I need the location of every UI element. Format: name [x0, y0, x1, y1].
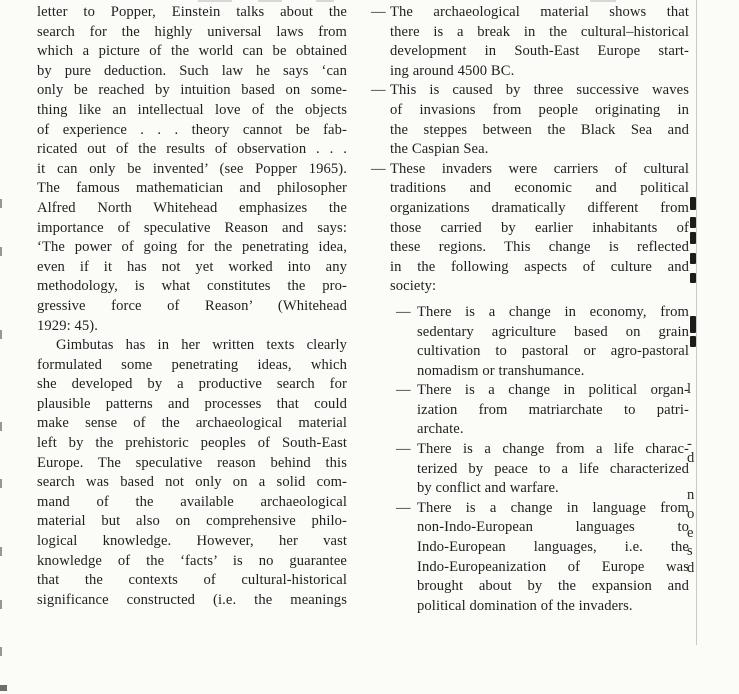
edge-tick-mark	[0, 647, 2, 656]
text-line: search for the highly universal laws fro…	[37, 23, 347, 43]
list-item: —There is a change in economy, fromseden…	[396, 303, 689, 381]
edge-ink-blob	[690, 336, 696, 347]
text-line: these regions. This change is reflected	[390, 238, 689, 258]
text-line: development in South-East Europe start-	[390, 42, 689, 62]
text-line: of experience . . . theory cannot be fab…	[37, 121, 347, 141]
text-line: search was based not only on a solid com…	[37, 473, 347, 493]
text-line: Gimbutas has in her written texts clearl…	[37, 336, 347, 356]
list-item: —There is a change from a life charac-te…	[396, 440, 689, 499]
text-line: it can only be invented’ (see Popper 196…	[37, 160, 347, 180]
left-column: letter to Popper, Einstein talks about t…	[37, 3, 347, 610]
right-column: —The archaeological material shows thatt…	[371, 3, 689, 616]
paragraph: letter to Popper, Einstein talks about t…	[37, 3, 347, 336]
text-line: political domination of the invaders.	[417, 597, 689, 617]
edge-letter-fragment: e	[687, 525, 697, 541]
edge-letter-fragment: n	[687, 487, 697, 503]
text-line: Indo-Europeanization of Europe was	[417, 558, 689, 578]
text-line: cultivation to pastoral or agro-pastoral	[417, 342, 689, 362]
text-line: the steppes between the Black Sea and	[390, 121, 689, 141]
edge-tick-mark	[0, 422, 2, 431]
text-line: Europe. The speculative reason behind th…	[37, 454, 347, 474]
list-dash-marker: —	[396, 499, 411, 519]
text-line: plausible patterns and processes that co…	[37, 395, 347, 415]
text-line: There is a change from a life charac-	[417, 440, 689, 460]
text-line: traditions and economic and political	[390, 179, 689, 199]
cropped-text-smudge	[198, 0, 232, 2]
text-line: ‘The power of going for the penetrating …	[37, 238, 347, 258]
edge-ink-blob	[690, 197, 696, 210]
text-line: gressive force of Reason’ (Whitehead	[37, 297, 347, 317]
text-line: 1929: 45).	[37, 317, 347, 337]
edge-ink-blob	[690, 253, 696, 264]
text-line: organizations dramatically different fro…	[390, 199, 689, 219]
text-line: she developed by a productive search for	[37, 375, 347, 395]
text-line: nomadism or transhumance.	[417, 362, 689, 382]
list-dash-marker: —	[396, 303, 411, 323]
text-line: significance constructed (i.e. the meani…	[37, 591, 347, 611]
text-line: importance of speculative Reason and say…	[37, 219, 347, 239]
edge-ink-blob	[690, 217, 696, 228]
edge-tick-mark	[0, 479, 2, 488]
text-line: which a picture of the world can be obta…	[37, 42, 347, 62]
list-item: —This is caused by three successive wave…	[371, 81, 689, 159]
text-line: non-Indo-European languages to	[417, 518, 689, 538]
edge-ink-blob	[690, 273, 696, 283]
text-line: those carried by earlier inhabitants of	[390, 219, 689, 239]
text-line: formulated some penetrating ideas, which	[37, 356, 347, 376]
edge-letter-fragment: o	[687, 506, 697, 522]
edge-tick-mark	[0, 330, 2, 339]
text-line: methodology, is what constitutes the pro…	[37, 277, 347, 297]
edge-letter-fragment: d	[687, 450, 697, 466]
text-line: ing around 4500 BC.	[390, 62, 689, 82]
edge-letter-fragment: d	[687, 560, 697, 576]
edge-tick-mark	[0, 685, 7, 691]
text-line: thing like an intellectual love of the o…	[37, 101, 347, 121]
text-line: terized by peace to a life characterized	[417, 460, 689, 480]
text-line: Alfred North Whitehead emphasizes the	[37, 199, 347, 219]
edge-letter-fragment: l	[687, 381, 697, 397]
cropped-text-smudge	[258, 0, 282, 2]
edge-ink-blob	[690, 232, 696, 244]
list-item: —These invaders were carriers of cultura…	[371, 160, 689, 297]
text-line: knowledge of the ‘facts’ is no guarantee	[37, 552, 347, 572]
text-line: The archaeological material shows that	[390, 3, 689, 23]
text-line: There is a change in economy, from	[417, 303, 689, 323]
edge-tick-mark	[0, 247, 2, 256]
list-dash-marker: —	[371, 3, 386, 23]
text-line: These invaders were carriers of cultural	[390, 160, 689, 180]
edge-letter-fragment: s	[687, 543, 697, 559]
edge-ink-blob	[690, 316, 696, 333]
text-line: The famous mathematician and philosopher	[37, 179, 347, 199]
text-line: There is a change in language from	[417, 499, 689, 519]
text-line: in the following aspects of culture and	[390, 258, 689, 278]
list-item: —The archaeological material shows thatt…	[371, 3, 689, 81]
text-line: left by the prehistoric peoples of South…	[37, 434, 347, 454]
text-line: letter to Popper, Einstein talks about t…	[37, 3, 347, 23]
text-line: society:	[390, 277, 689, 297]
text-line: There is a change in political organ-	[417, 381, 689, 401]
text-line: ization from matriarchate to patri-	[417, 401, 689, 421]
text-line: make sense of the archaeological materia…	[37, 414, 347, 434]
text-line: Indo-European languages, i.e. the	[417, 538, 689, 558]
text-line: ricated out of the results of observatio…	[37, 140, 347, 160]
text-line: the Caspian Sea.	[390, 140, 689, 160]
text-line: of invasions from people originating in	[390, 101, 689, 121]
edge-tick-mark	[0, 547, 2, 556]
cropped-text-smudge	[316, 0, 334, 2]
scanned-page: letter to Popper, Einstein talks about t…	[0, 0, 739, 694]
list-dash-marker: —	[396, 381, 411, 401]
text-line: only be reached by intuition based on so…	[37, 81, 347, 101]
cropped-text-smudge	[590, 0, 616, 2]
list-dash-marker: —	[371, 81, 386, 101]
paragraph: Gimbutas has in her written texts clearl…	[37, 336, 347, 610]
text-line: logical knowledge. However, her vast	[37, 532, 347, 552]
edge-tick-mark	[0, 600, 2, 609]
list-item: —There is a change in political organ-iz…	[396, 381, 689, 440]
list-item: —There is a change in language fromnon-I…	[396, 499, 689, 617]
text-line: archate.	[417, 420, 689, 440]
text-line: This is caused by three successive waves	[390, 81, 689, 101]
text-line: brought about by the expansion and	[417, 577, 689, 597]
edge-tick-mark	[0, 199, 2, 208]
list-dash-marker: —	[371, 160, 386, 180]
text-line: even if it has not yet worked into any	[37, 258, 347, 278]
text-line: material but also on comprehensive philo…	[37, 512, 347, 532]
list-dash-marker: —	[396, 440, 411, 460]
text-line: mand of the available archaeological	[37, 493, 347, 513]
text-line: that the contexts of cultural-historical	[37, 571, 347, 591]
text-line: sedentary agriculture based on grain	[417, 323, 689, 343]
text-line: by conflict and warfare.	[417, 479, 689, 499]
text-line: by pure deduction. Such law he says ‘can	[37, 62, 347, 82]
text-line: there is a break in the cultural–histori…	[390, 23, 689, 43]
